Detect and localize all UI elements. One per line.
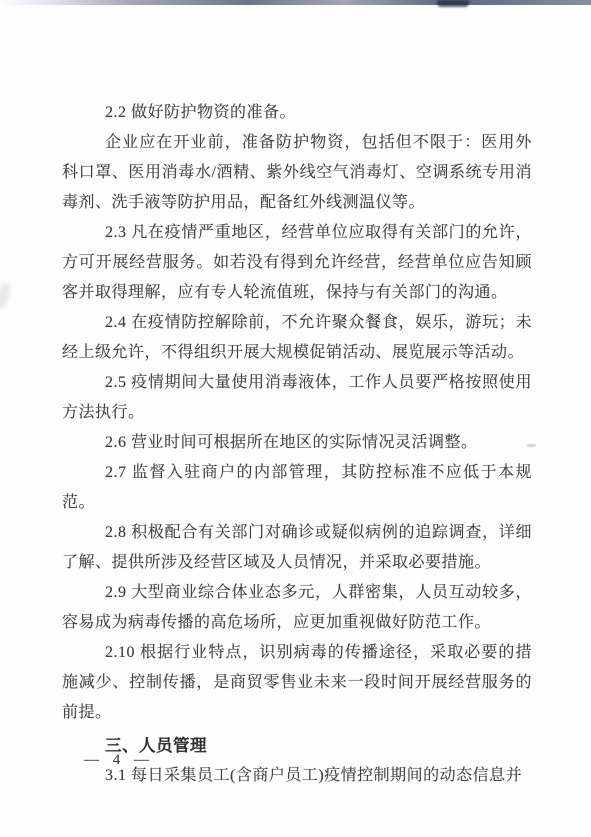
document-paragraph: 企业应在开业前，准备防护物资，包括但不限于：医用外科口罩、医用消毒水/酒精、紫外… [62,128,532,218]
document-paragraph: 2.2 做好防护物资的准备。 [62,98,532,128]
page-number: — 4 — [84,752,154,769]
document-page: 2.2 做好防护物资的准备。企业应在开业前，准备防护物资，包括但不限于：医用外科… [0,0,591,837]
document-content: 2.2 做好防护物资的准备。企业应在开业前，准备防护物资，包括但不限于：医用外科… [62,98,532,791]
document-paragraph: 2.8 积极配合有关部门对确诊或疑似病例的追踪调查，详细了解、提供所涉及经营区域… [62,518,532,578]
document-paragraph: 2.9 大型商业综合体业态多元，人群密集，人员互动较多，容易成为病毒传播的高危场… [62,578,532,638]
document-paragraph: 2.3 凡在疫情严重地区，经营单位应取得有关部门的允许，方可开展经营服务。如若没… [62,218,532,308]
document-paragraph: 2.5 疫情期间大量使用消毒液体，工作人员要严格按照使用方法执行。 [62,368,532,428]
scan-smudge [0,281,13,311]
scan-blot-artifact [437,0,469,7]
document-paragraph: 2.10 根据行业特点，识别病毒的传播途径，采取必要的措施减少、控制传播，是商贸… [62,638,532,728]
scan-edge-artifact [0,0,591,5]
document-paragraph: 2.7 监督入驻商户的内部管理，其防控标准不应低于本规范。 [62,458,532,518]
document-paragraph: 2.4 在疫情防控解除前，不允许聚众餐食，娱乐，游玩；未经上级允许，不得组织开展… [62,308,532,368]
document-paragraph: 2.6 营业时间可根据所在地区的实际情况灵活调整。 [62,428,532,458]
